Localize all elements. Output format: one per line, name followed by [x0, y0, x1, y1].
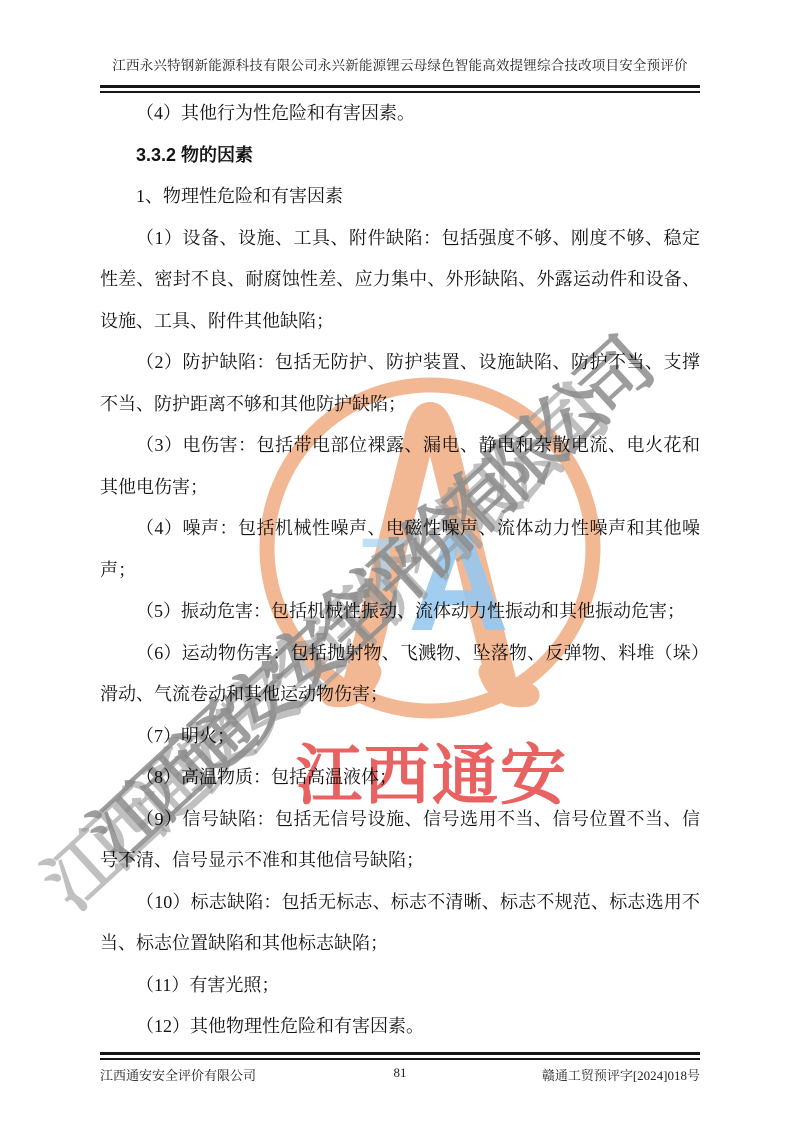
page-footer: 81 江西通安安全评价有限公司 赣通工贸预评字[2024]018号	[100, 1052, 700, 1084]
hazard-item: （10）标志缺陷：包括无标志、标志不清晰、标志不规范、标志选用不当、标志位置缺陷…	[100, 882, 700, 965]
section-heading: 3.3.2 物的因素	[100, 135, 700, 177]
document-page: 江西永兴特钢新能源科技有限公司永兴新能源锂云母绿色智能高效提锂综合技改项目安全预…	[0, 0, 800, 1131]
footer-doc-number: 赣通工贸预评字[2024]018号	[542, 1065, 700, 1084]
footer-rule	[100, 1052, 700, 1060]
hazard-item: （11）有害光照；	[100, 965, 700, 1007]
header-rule	[100, 85, 700, 93]
paragraph-intro-item: （4）其他行为性危险和有害因素。	[100, 93, 700, 135]
hazard-item: （4）噪声：包括机械性噪声、电磁性噪声、流体动力性噪声和其他噪声；	[100, 508, 700, 591]
hazard-item: （12）其他物理性危险和有害因素。	[100, 1006, 700, 1048]
subsection-title: 1、物理性危险和有害因素	[100, 176, 700, 218]
hazard-item: （2）防护缺陷：包括无防护、防护装置、设施缺陷、防护不当、支撑不当、防护距离不够…	[100, 342, 700, 425]
document-body: （4）其他行为性危险和有害因素。 3.3.2 物的因素 1、物理性危险和有害因素…	[0, 93, 800, 1048]
page-header-title: 江西永兴特钢新能源科技有限公司永兴新能源锂云母绿色智能高效提锂综合技改项目安全预…	[100, 0, 700, 74]
hazard-item: （1）设备、设施、工具、附件缺陷：包括强度不够、刚度不够、稳定性差、密封不良、耐…	[100, 218, 700, 343]
hazard-item-list: （1）设备、设施、工具、附件缺陷：包括强度不够、刚度不够、稳定性差、密封不良、耐…	[100, 218, 700, 1048]
footer-company: 江西通安安全评价有限公司	[100, 1065, 256, 1084]
hazard-item: （3）电伤害：包括带电部位裸露、漏电、静电和杂散电流、电火花和其他电伤害；	[100, 425, 700, 508]
hazard-item: （7）明火；	[100, 716, 700, 758]
hazard-item: （9）信号缺陷：包括无信号设施、信号选用不当、信号位置不当、信号不清、信号显示不…	[100, 799, 700, 882]
hazard-item: （6）运动物伤害：包括抛射物、飞溅物、坠落物、反弹物、料堆（垛）滑动、气流卷动和…	[100, 633, 700, 716]
hazard-item: （5）振动危害：包括机械性振动、流体动力性振动和其他振动危害；	[100, 591, 700, 633]
hazard-item: （8）高温物质：包括高温液体；	[100, 757, 700, 799]
